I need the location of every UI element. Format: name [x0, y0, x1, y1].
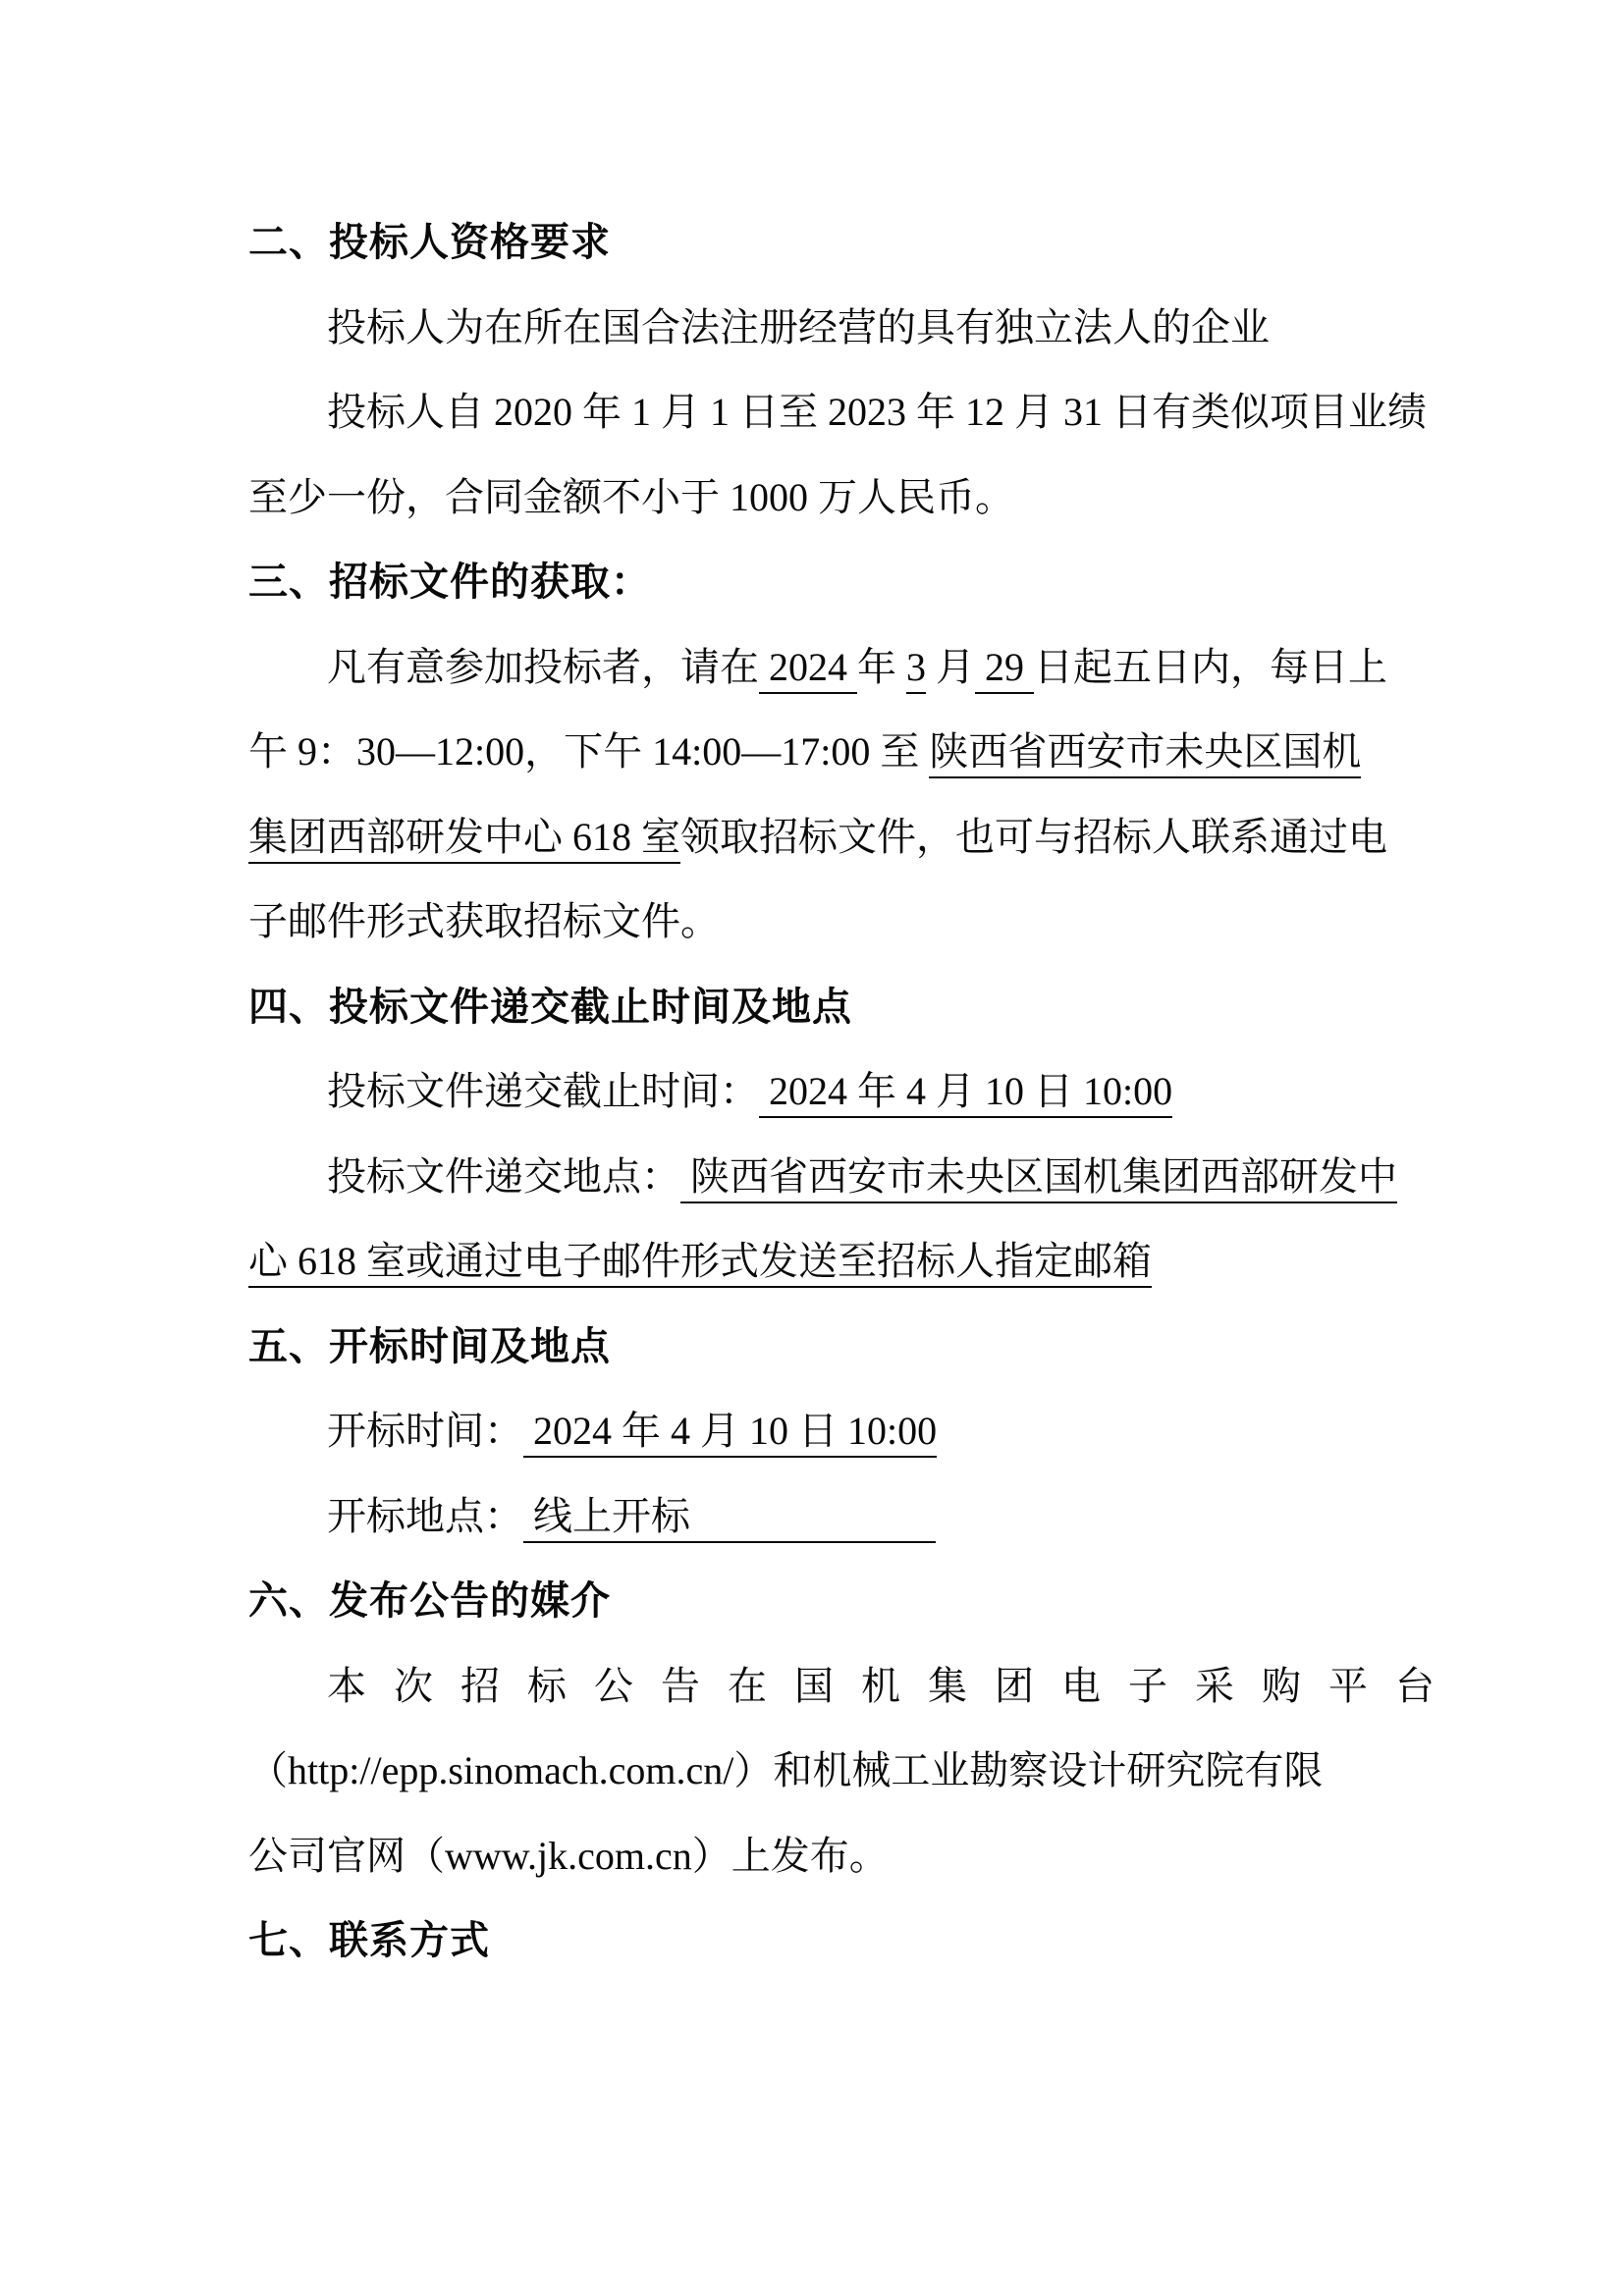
section-heading: 四、投标文件递交截止时间及地点 [248, 965, 1378, 1050]
section-heading: 二、投标人资格要求 [248, 200, 1378, 286]
text-segment: 年 [857, 645, 906, 689]
underlined-text: 陕西省西安市未央区国机集团西部研发中 [680, 1154, 1397, 1203]
text-line: 心 618 室或通过电子邮件形式发送至招标人指定邮箱 [248, 1219, 1378, 1305]
text-line: 至少一份，合同金额不小于 1000 万人民币。 [248, 455, 1378, 541]
underlined-text: 集团西部研发中心 618 室 [248, 815, 680, 864]
text-line: 投标人为在所在国合法注册经营的具有独立法人的企业 [248, 286, 1378, 371]
text-line: 投标文件递交截止时间： 2024 年 4 月 10 日 10:00 [248, 1049, 1378, 1135]
text-segment: 投标人为在所在国合法注册经营的具有独立法人的企业 [327, 305, 1270, 349]
underlined-text: 心 618 室或通过电子邮件形式发送至招标人指定邮箱 [248, 1239, 1152, 1288]
text-segment: 投标文件递交地点： [327, 1154, 680, 1199]
document-content: 二、投标人资格要求投标人为在所在国合法注册经营的具有独立法人的企业投标人自 20… [248, 200, 1378, 1984]
text-segment: 开标地点： [327, 1494, 523, 1538]
text-line: 公司官网（www.jk.com.cn）上发布。 [248, 1814, 1378, 1899]
underlined-text: 2024 年 4 月 10 日 10:00 [523, 1409, 937, 1458]
text-segment: 四、投标文件递交截止时间及地点 [248, 986, 852, 1029]
text-segment: 开标时间： [327, 1409, 523, 1453]
text-segment: 五、开标时间及地点 [248, 1325, 611, 1368]
text-line: （http://epp.sinomach.com.cn/）和机械工业勘察设计研究… [248, 1729, 1378, 1814]
text-segment: 投标人自 2020 年 1 月 1 日至 2023 年 12 月 31 日有类似… [327, 390, 1427, 434]
text-segment: 投标文件递交截止时间： [327, 1069, 759, 1113]
text-line: 开标时间： 2024 年 4 月 10 日 10:00 [248, 1389, 1378, 1474]
section-heading: 七、联系方式 [248, 1898, 1378, 1984]
text-segment: 日起五日内，每日上 [1034, 645, 1387, 689]
text-segment: 子邮件形式获取招标文件。 [248, 899, 720, 943]
text-line: 投标人自 2020 年 1 月 1 日至 2023 年 12 月 31 日有类似… [248, 370, 1378, 455]
text-segment: 本次招标公告在国机集团电子采购平台 [327, 1664, 1462, 1708]
text-segment: 至少一份，合同金额不小于 1000 万人民币。 [248, 475, 1014, 519]
text-line: 本次招标公告在国机集团电子采购平台 [248, 1644, 1378, 1730]
underlined-text: 29 [975, 645, 1034, 694]
text-segment: 凡有意参加投标者，请在 [327, 645, 759, 689]
text-line: 凡有意参加投标者，请在 2024 年 3 月 29 日起五日内，每日上 [248, 625, 1378, 711]
text-segment: 公司官网（www.jk.com.cn）上发布。 [248, 1834, 889, 1878]
underlined-text: 陕西省西安市未央区国机 [929, 729, 1361, 778]
text-segment: 领取招标文件，也可与招标人联系通过电 [680, 815, 1387, 859]
text-segment: 月 [926, 645, 975, 689]
text-segment: 三、招标文件的获取： [248, 561, 651, 604]
text-line: 集团西部研发中心 618 室领取招标文件，也可与招标人联系通过电 [248, 795, 1378, 881]
text-segment: 二、投标人资格要求 [248, 221, 611, 264]
text-line: 开标地点： 线上开标 [248, 1474, 1378, 1560]
section-heading: 三、招标文件的获取： [248, 540, 1378, 625]
text-segment: （http://epp.sinomach.com.cn/）和机械工业勘察设计研究… [248, 1748, 1323, 1792]
underlined-text: 2024 年 4 月 10 日 10:00 [759, 1069, 1172, 1118]
blank-underline [690, 1541, 936, 1543]
underlined-text: 3 [906, 645, 926, 694]
text-segment: 六、发布公告的媒介 [248, 1579, 611, 1623]
text-segment: 七、联系方式 [248, 1919, 490, 1962]
underlined-text: 线上开标 [523, 1494, 690, 1543]
underlined-text: 2024 [759, 645, 857, 694]
section-heading: 五、开标时间及地点 [248, 1305, 1378, 1390]
text-line: 午 9：30—12:00，下午 14:00—17:00 至 陕西省西安市未央区国… [248, 710, 1378, 795]
text-segment: 午 9：30—12:00，下午 14:00—17:00 至 [248, 729, 929, 774]
section-heading: 六、发布公告的媒介 [248, 1559, 1378, 1644]
document-page: 二、投标人资格要求投标人为在所在国合法注册经营的具有独立法人的企业投标人自 20… [0, 0, 1624, 2296]
text-line: 投标文件递交地点： 陕西省西安市未央区国机集团西部研发中 [248, 1135, 1378, 1220]
text-line: 子邮件形式获取招标文件。 [248, 880, 1378, 965]
